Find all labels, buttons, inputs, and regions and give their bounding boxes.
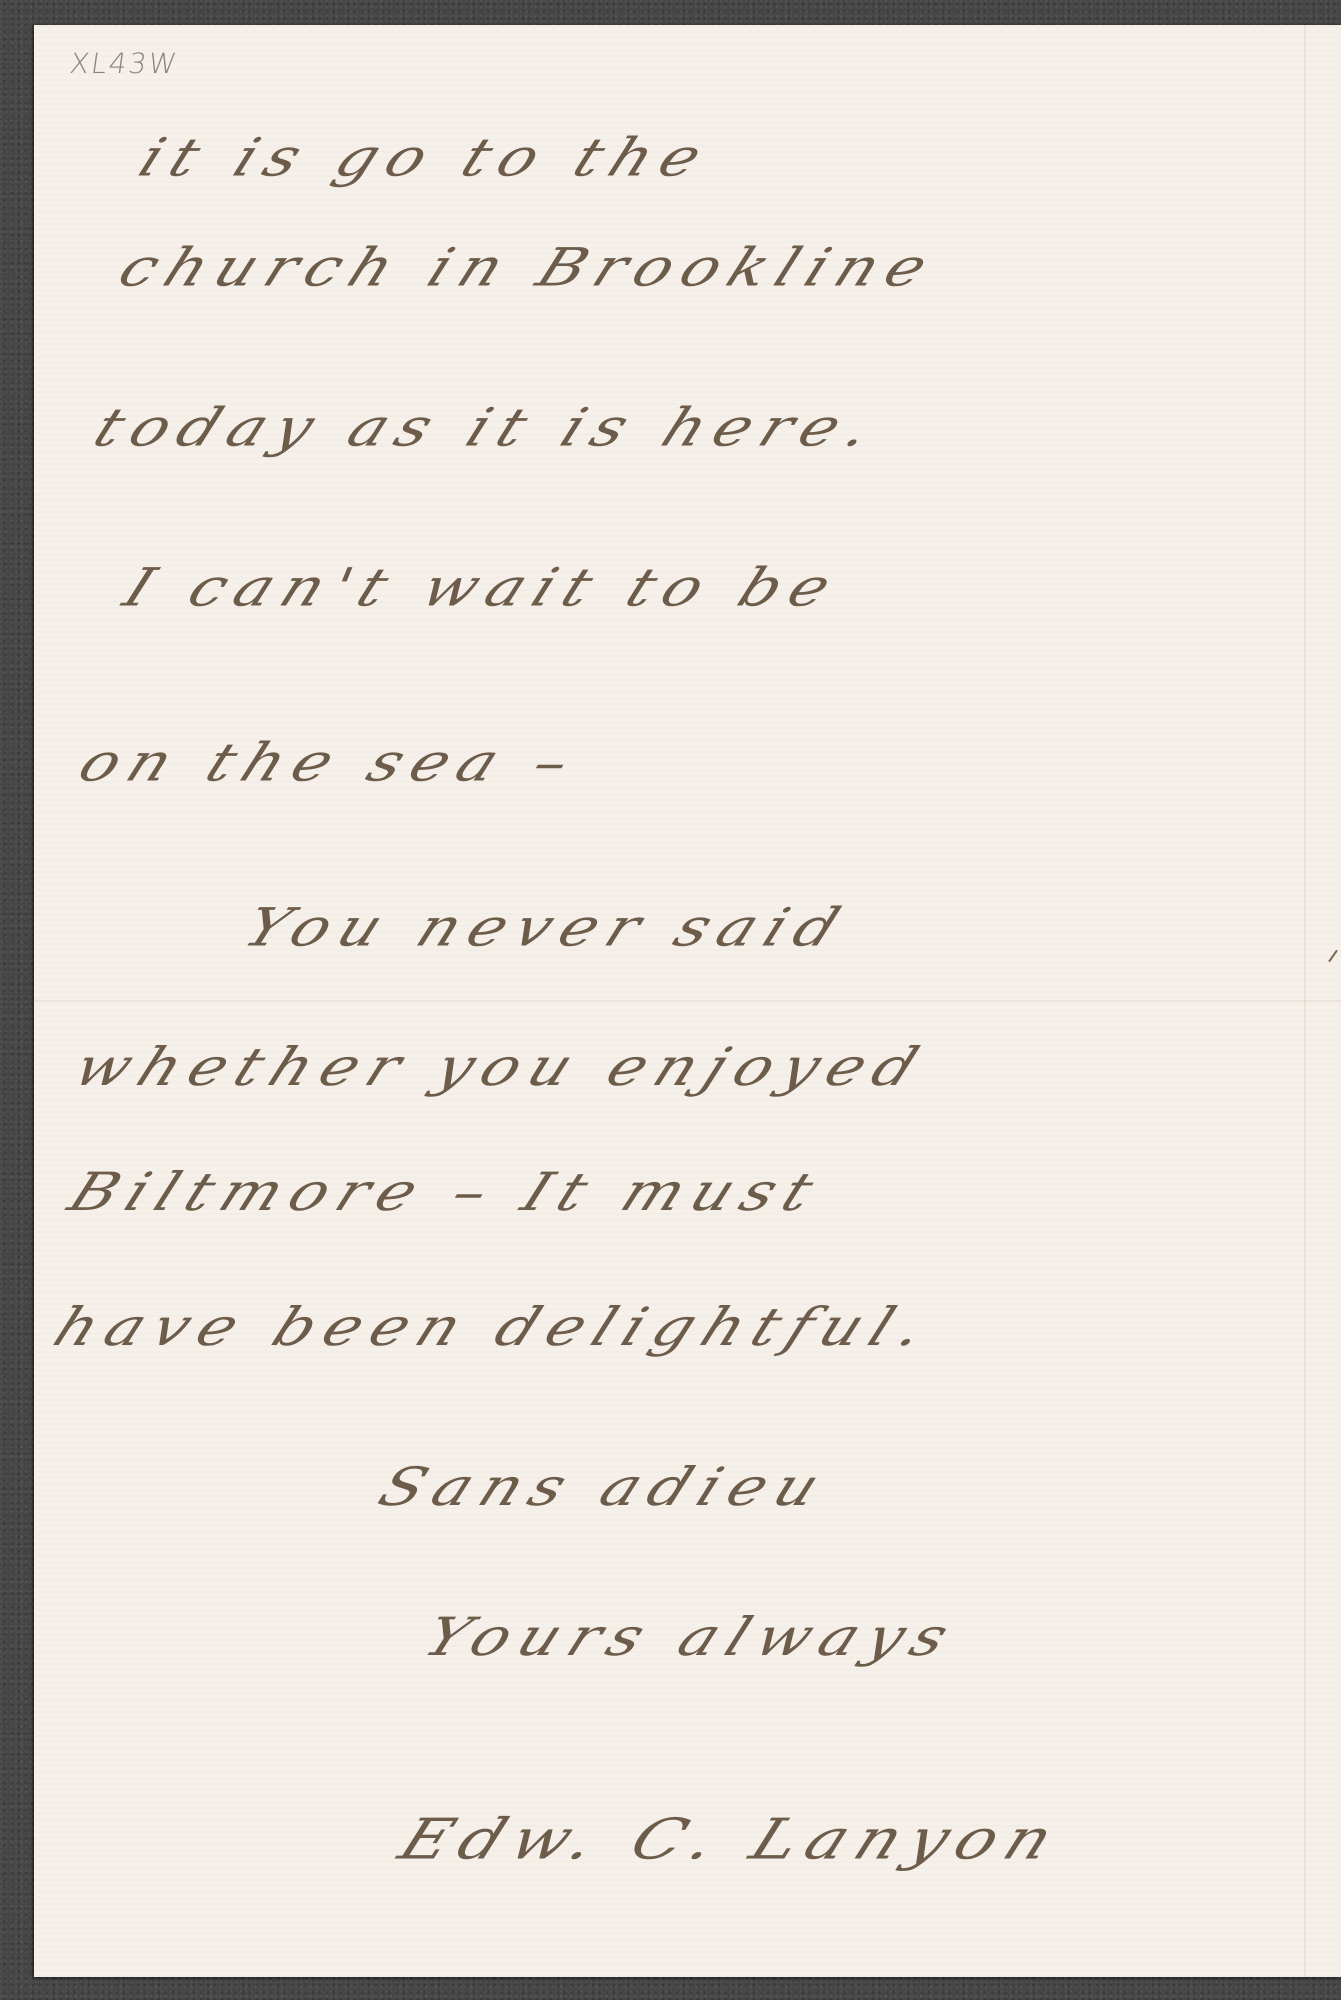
handwritten-line-6: You never said <box>235 896 859 958</box>
handwritten-line-3: today as it is here. <box>85 396 891 458</box>
bleed-through-ink-mark <box>1328 950 1338 963</box>
handwritten-line-7: whether you enjoyed <box>65 1036 937 1098</box>
handwritten-line-2: church in Brookline <box>110 236 947 298</box>
handwritten-line-5: on the sea – <box>70 731 589 793</box>
closing-line-1: Sans adieu <box>370 1456 839 1518</box>
handwritten-line-8: Biltmore – It must <box>60 1161 833 1223</box>
handwritten-line-4: I can't wait to be <box>115 556 850 618</box>
archive-reference-mark: XL43W <box>68 47 181 80</box>
closing-line-2: Yours always <box>415 1606 968 1668</box>
horizontal-fold-crease <box>34 1000 1341 1002</box>
handwritten-line-1: it is go to the <box>130 126 721 188</box>
closing-line-3: Edw. C. Lanyon <box>390 1807 1073 1872</box>
letter-page: XL43W it is go to thechurch in Brookline… <box>34 25 1341 1977</box>
handwritten-line-9: have been delightful. <box>45 1296 944 1358</box>
